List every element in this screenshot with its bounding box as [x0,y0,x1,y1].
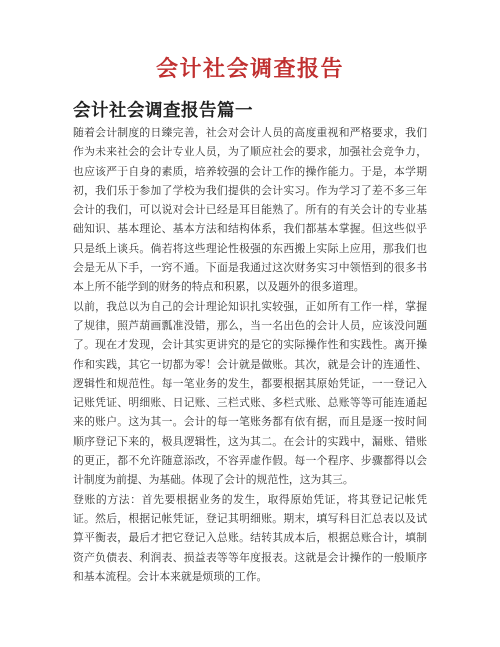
document-content: 会计社会调查报告 会计社会调查报告篇一 随着会计制度的日臻完善，社会对会计人员的… [0,0,500,587]
paragraph: 以前，我总以为自己的会计理论知识扎实较强，正如所有工作一样，掌握了规律，照芦葫画… [73,298,427,491]
document-body: 随着会计制度的日臻完善，社会对会计人员的高度重视和严格要求，我们作为未来社会的会… [73,124,427,587]
page-title: 会计社会调查报告 [73,0,427,84]
paragraph: 登账的方法：首先要根据业务的发生，取得原始凭证，将其登记记帐凭证。然后，根据记帐… [73,491,427,587]
paragraph: 随着会计制度的日臻完善，社会对会计人员的高度重视和严格要求，我们作为未来社会的会… [73,124,427,298]
document-page: 会计社会调查报告 会计社会调查报告篇一 随着会计制度的日臻完善，社会对会计人员的… [0,0,500,647]
section-heading: 会计社会调查报告篇一 [73,98,427,122]
